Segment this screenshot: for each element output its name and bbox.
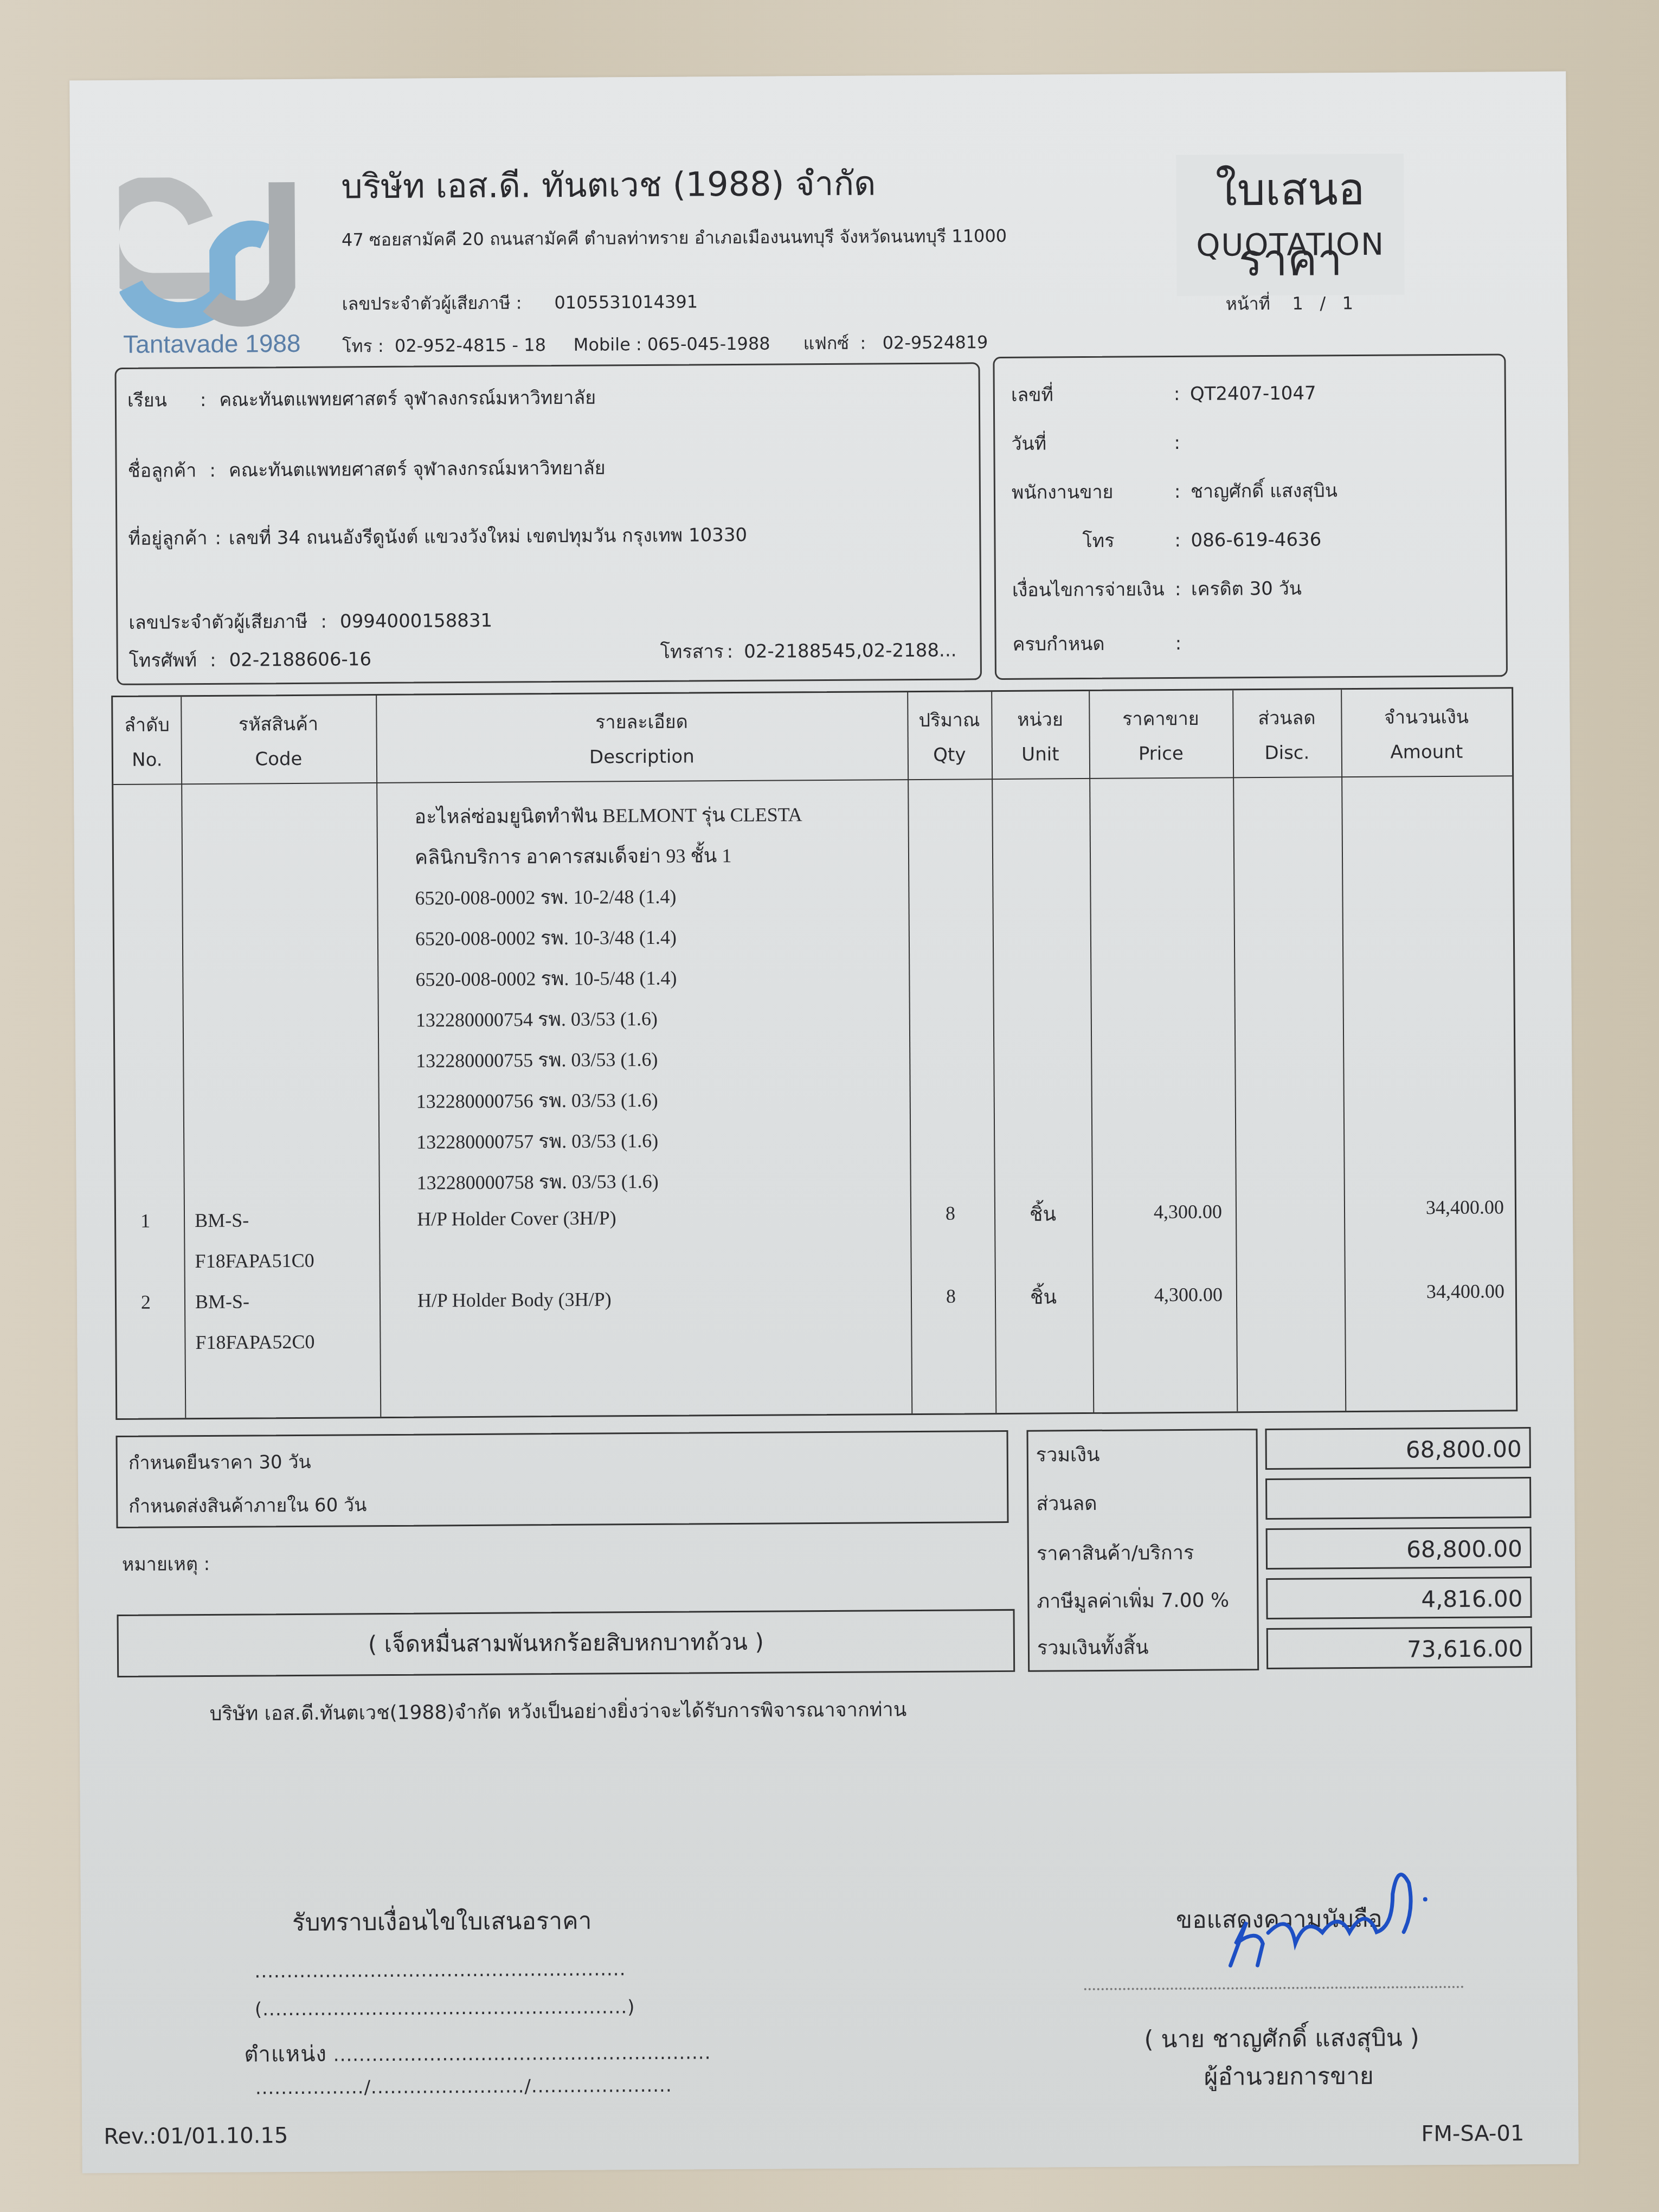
quotation-paper: Tantavade 1988 บริษัท เอส.ดี. ทันตเวช (1… — [69, 72, 1579, 2174]
items-table: ลำดับNo. รหัสสินค้าCode รายละเอียดDescri… — [111, 687, 1517, 1420]
net-value: 68,800.00 — [1266, 1527, 1532, 1570]
row-price: 4,300.00 — [1154, 1283, 1223, 1307]
column-divider — [181, 697, 186, 1418]
totals-labels-box: รวมเงิน ส่วนลด ราคาสินค้า/บริการ ภาษีมูล… — [1026, 1429, 1259, 1672]
header-qty: ปริมาณQty — [907, 703, 992, 773]
company-tax-value: 0105531014391 — [554, 291, 698, 313]
row-code: F18FAPA52C0 — [195, 1330, 314, 1354]
info-row: วันที่: — [1011, 428, 1190, 458]
header-discount: ส่วนลดDisc. — [1232, 700, 1341, 770]
seller-role: ผู้อำนวยการขาย — [1204, 2057, 1374, 2096]
grand-total-value: 73,616.00 — [1266, 1626, 1532, 1669]
info-row: เลขที่:QT2407-1047 — [1011, 378, 1316, 409]
description-note: 132280000757 รพ. 03/53 (1.6) — [416, 1125, 658, 1158]
customer-tax-id: 0994000158831 — [340, 610, 492, 633]
quotation-info-box: เลขที่:QT2407-1047 วันที่: พนักงานขาย:ชา… — [993, 353, 1508, 680]
info-row: พนักงานขาย:ชาญศักดิ์ แสงสุบิน — [1012, 475, 1338, 507]
description-note: 6520-008-0002 รพ. 10-3/48 (1.4) — [415, 922, 677, 954]
customer-name-line: (.......................................… — [255, 1996, 635, 2020]
logo-text: Tantavade 1988 — [123, 329, 301, 359]
seller-signature-line — [1084, 1986, 1464, 1990]
document-title-english: QUOTATION — [1176, 227, 1404, 263]
total-label: ราคาสินค้า/บริการ — [1037, 1537, 1194, 1569]
column-divider — [1232, 690, 1238, 1411]
column-divider — [1341, 690, 1346, 1411]
column-divider — [991, 692, 996, 1413]
table-row: 2 BM-S- F18FAPA52C0 H/P Holder Body (3H/… — [113, 689, 1512, 697]
total-label: ส่วนลด — [1036, 1488, 1097, 1519]
customer-to-row: เรียน:คณะทันตแพทยศาสตร์ จุฬาลงกรณ์มหาวิท… — [127, 383, 596, 415]
row-unit: ชิ้น — [1030, 1281, 1057, 1312]
row-description: H/P Holder Body (3H/P) — [417, 1288, 612, 1311]
header-description: รายละเอียดDescription — [376, 703, 908, 776]
document-title-thai: ใบเสนอราคา — [1176, 153, 1405, 296]
header-divider — [113, 775, 1512, 785]
row-amount: 34,400.00 — [1426, 1195, 1504, 1219]
subtotal-value: 68,800.00 — [1265, 1427, 1531, 1470]
column-divider — [376, 696, 381, 1417]
closing-statement: บริษัท เอส.ดี.ทันตเวช(1988)จำกัด หวังเป็… — [209, 1694, 906, 1729]
payment-terms: เครดิต 30 วัน — [1191, 578, 1302, 600]
row-qty: 8 — [946, 1285, 956, 1308]
customer-phone: 02-2188606-16 — [229, 648, 371, 671]
vat-value: 4,816.00 — [1266, 1577, 1532, 1619]
company-address: 47 ซอยสามัคคี 20 ถนนสามัคคี ตำบลท่าทราย … — [342, 222, 1007, 254]
description-note: 132280000754 รพ. 03/53 (1.6) — [416, 1003, 658, 1036]
form-number: FM-SA-01 — [1421, 2121, 1524, 2146]
row-code: BM-S- — [195, 1290, 249, 1313]
customer-phone-row: โทรศัพท์:02-2188606-16 — [129, 644, 372, 675]
salesperson-phone: 086-619-4636 — [1191, 529, 1321, 551]
company-contact: โทร : 02-952-4815 - 18 Mobile : 065-045-… — [342, 329, 988, 360]
info-row: โทร:086-619-4636 — [1012, 524, 1321, 555]
row-price: 4,300.00 — [1154, 1200, 1222, 1224]
customer-name-row: ชื่อลูกค้า:คณะทันตแพทยศาสตร์ จุฬาลงกรณ์ม… — [127, 453, 605, 485]
customer-signature-line: ........................................… — [254, 1958, 626, 1982]
company-tax-id: เลขประจำตัวผู้เสียภาษี :0105531014391 — [342, 288, 698, 318]
page-number: หน้าที่ 1 / 1 — [1226, 290, 1354, 318]
description-note: 132280000755 รพ. 03/53 (1.6) — [416, 1044, 658, 1076]
customer-date-line: ................./......................… — [255, 2075, 672, 2099]
price-validity: กำหนดยืนราคา 30 วัน — [128, 1447, 311, 1477]
signature-icon — [1213, 1861, 1442, 1971]
row-code: F18FAPA51C0 — [195, 1249, 314, 1272]
row-code: BM-S- — [195, 1208, 249, 1232]
customer-fax-row: โทรสาร:02-2188545,02-2188... — [660, 635, 957, 666]
info-row: เงื่อนไขการจ่ายเงิน:เครดิต 30 วัน — [1012, 574, 1302, 605]
description-note: 132280000756 รพ. 03/53 (1.6) — [416, 1084, 658, 1117]
description-note: อะไหล่ซ่อมยูนิตทำฟัน BELMONT รุ่น CLESTA — [414, 799, 802, 832]
row-no: 1 — [140, 1210, 150, 1232]
column-divider — [907, 692, 912, 1413]
company-name: บริษัท เอส.ดี. ทันตเวช (1988) จำกัด — [341, 157, 876, 213]
acknowledge-title: รับทราบเงื่อนไขใบเสนอราคา — [292, 1902, 592, 1941]
description-note: 132280000758 รพ. 03/53 (1.6) — [416, 1166, 658, 1198]
quotation-number: QT2407-1047 — [1190, 382, 1316, 404]
discount-value — [1265, 1477, 1531, 1520]
delivery-terms: กำหนดส่งสินค้าภายใน 60 วัน — [128, 1490, 366, 1521]
column-divider — [1089, 691, 1094, 1412]
header-unit: หน่วยUnit — [991, 702, 1089, 772]
customer-fax: 02-2188545,02-2188... — [744, 639, 956, 662]
customer-box: เรียน:คณะทันตแพทยศาสตร์ จุฬาลงกรณ์มหาวิท… — [114, 362, 982, 685]
header-price: ราคาขายPrice — [1089, 701, 1233, 771]
total-label: ภาษีมูลค่าเพิ่ม 7.00 % — [1037, 1584, 1229, 1616]
total-label: รวมเงิน — [1036, 1439, 1100, 1470]
header-no: ลำดับNo. — [113, 708, 181, 777]
header-code: รหัสสินค้าCode — [181, 706, 376, 777]
salesperson: ชาญศักดิ์ แสงสุบิน — [1191, 480, 1338, 503]
revision-label: Rev.:01/01.10.15 — [104, 2123, 288, 2149]
company-logo-icon — [119, 177, 304, 340]
table-row: 1 BM-S- F18FAPA51C0 H/P Holder Cover (3H… — [113, 689, 1512, 697]
info-row: ครบกำหนด: — [1012, 628, 1191, 659]
row-qty: 8 — [946, 1202, 955, 1225]
customer-to: คณะทันตแพทยศาสตร์ จุฬาลงกรณ์มหาวิทยาลัย — [219, 387, 596, 411]
total-label: รวมเงินทั้งสิ้น — [1037, 1631, 1149, 1663]
company-tax-label: เลขประจำตัวผู้เสียภาษี : — [342, 292, 522, 314]
terms-box: กำหนดยืนราคา 30 วัน กำหนดส่งสินค้าภายใน … — [116, 1430, 1009, 1528]
row-unit: ชิ้น — [1030, 1198, 1056, 1229]
row-description: H/P Holder Cover (3H/P) — [417, 1206, 616, 1230]
remark-label: หมายเหตุ : — [122, 1549, 210, 1579]
row-no: 2 — [141, 1291, 151, 1314]
description-note: 6520-008-0002 รพ. 10-2/48 (1.4) — [415, 881, 676, 914]
description-note: คลินิกบริการ อาคารสมเด็จย่า 93 ชั้น 1 — [415, 840, 732, 873]
customer-position-line: ตำแหน่ง ................................… — [244, 2034, 711, 2071]
description-note: 6520-008-0002 รพ. 10-5/48 (1.4) — [415, 962, 677, 995]
customer-address-row: ที่อยู่ลูกค้า:เลขที่ 34 ถนนอังรีดูนังต์ … — [128, 520, 747, 553]
seller-name: ( นาย ชาญศักดิ์ แสงสุบิน ) — [1144, 2018, 1419, 2058]
amount-in-words: ( เจ็ดหมื่นสามพันหกร้อยสิบหกบาทถ้วน ) — [117, 1609, 1015, 1677]
customer-tax-row: เลขประจำตัวผู้เสียภาษี:0994000158831 — [128, 606, 492, 637]
customer-name: คณะทันตแพทยศาสตร์ จุฬาลงกรณ์มหาวิทยาลัย — [229, 457, 606, 481]
customer-address: เลขที่ 34 ถนนอังรีดูนังต์ แขวงวังใหม่ เข… — [229, 524, 748, 549]
row-amount: 34,400.00 — [1426, 1279, 1504, 1303]
header-amount: จำนวนเงินAmount — [1341, 699, 1512, 770]
